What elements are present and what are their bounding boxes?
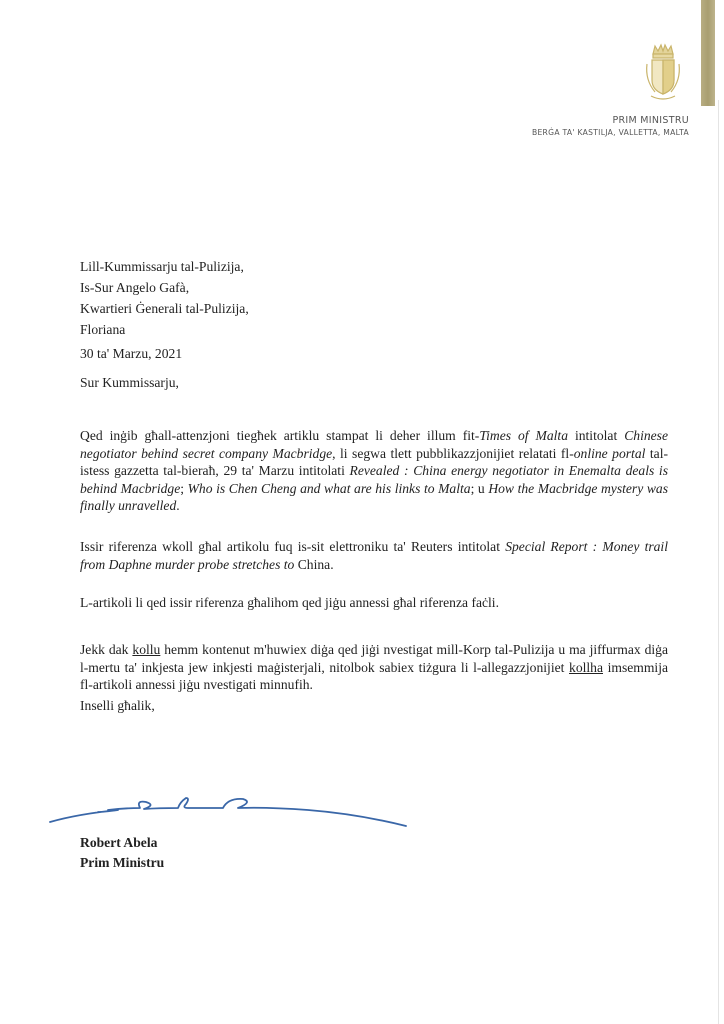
paragraph-4: Jekk dak kollu hemm kontenut m'huwiex di… <box>80 641 668 694</box>
recipient-address: Lill-Kummissarju tal-Pulizija, Is-Sur An… <box>80 256 668 340</box>
paragraph-3: L-artikoli li qed issir riferenza għalih… <box>80 594 668 612</box>
recipient-line: Lill-Kummissarju tal-Pulizija, <box>80 256 668 277</box>
letterhead-accent-bar <box>701 0 715 106</box>
recipient-line: Kwartieri Ġenerali tal-Pulizija, <box>80 298 668 319</box>
paragraph-1: Qed inġib għall-attenzjoni tiegħek artik… <box>80 427 668 515</box>
underlined-word: kollu <box>132 642 160 657</box>
signer-block: Robert Abela Prim Ministru <box>80 833 164 873</box>
signer-name: Robert Abela <box>80 833 164 853</box>
page-edge-line <box>718 100 719 1024</box>
closing: Inselli għalik, <box>80 697 668 715</box>
paragraph-2: Issir riferenza wkoll għal artikolu fuq … <box>80 538 668 573</box>
emphasis: online portal <box>574 446 646 461</box>
salutation: Sur Kummissarju, <box>80 374 668 392</box>
publication-title: Times of Malta <box>479 428 568 443</box>
malta-coat-of-arms-icon <box>643 42 683 104</box>
article-title: Who is Chen Cheng and what are his links… <box>188 481 471 496</box>
recipient-line: Floriana <box>80 319 668 340</box>
underlined-word: kollha <box>569 660 603 675</box>
office-address: BERĠA TA' KASTILJA, VALLETTA, MALTA <box>532 127 689 138</box>
letter-date: 30 ta' Marzu, 2021 <box>80 345 668 363</box>
recipient-line: Is-Sur Angelo Gafà, <box>80 277 668 298</box>
office-title: PRIM MINISTRU <box>532 115 689 127</box>
letterhead-text: PRIM MINISTRU BERĠA TA' KASTILJA, VALLET… <box>532 115 689 138</box>
signer-title: Prim Ministru <box>80 853 164 873</box>
handwritten-signature <box>48 796 408 832</box>
